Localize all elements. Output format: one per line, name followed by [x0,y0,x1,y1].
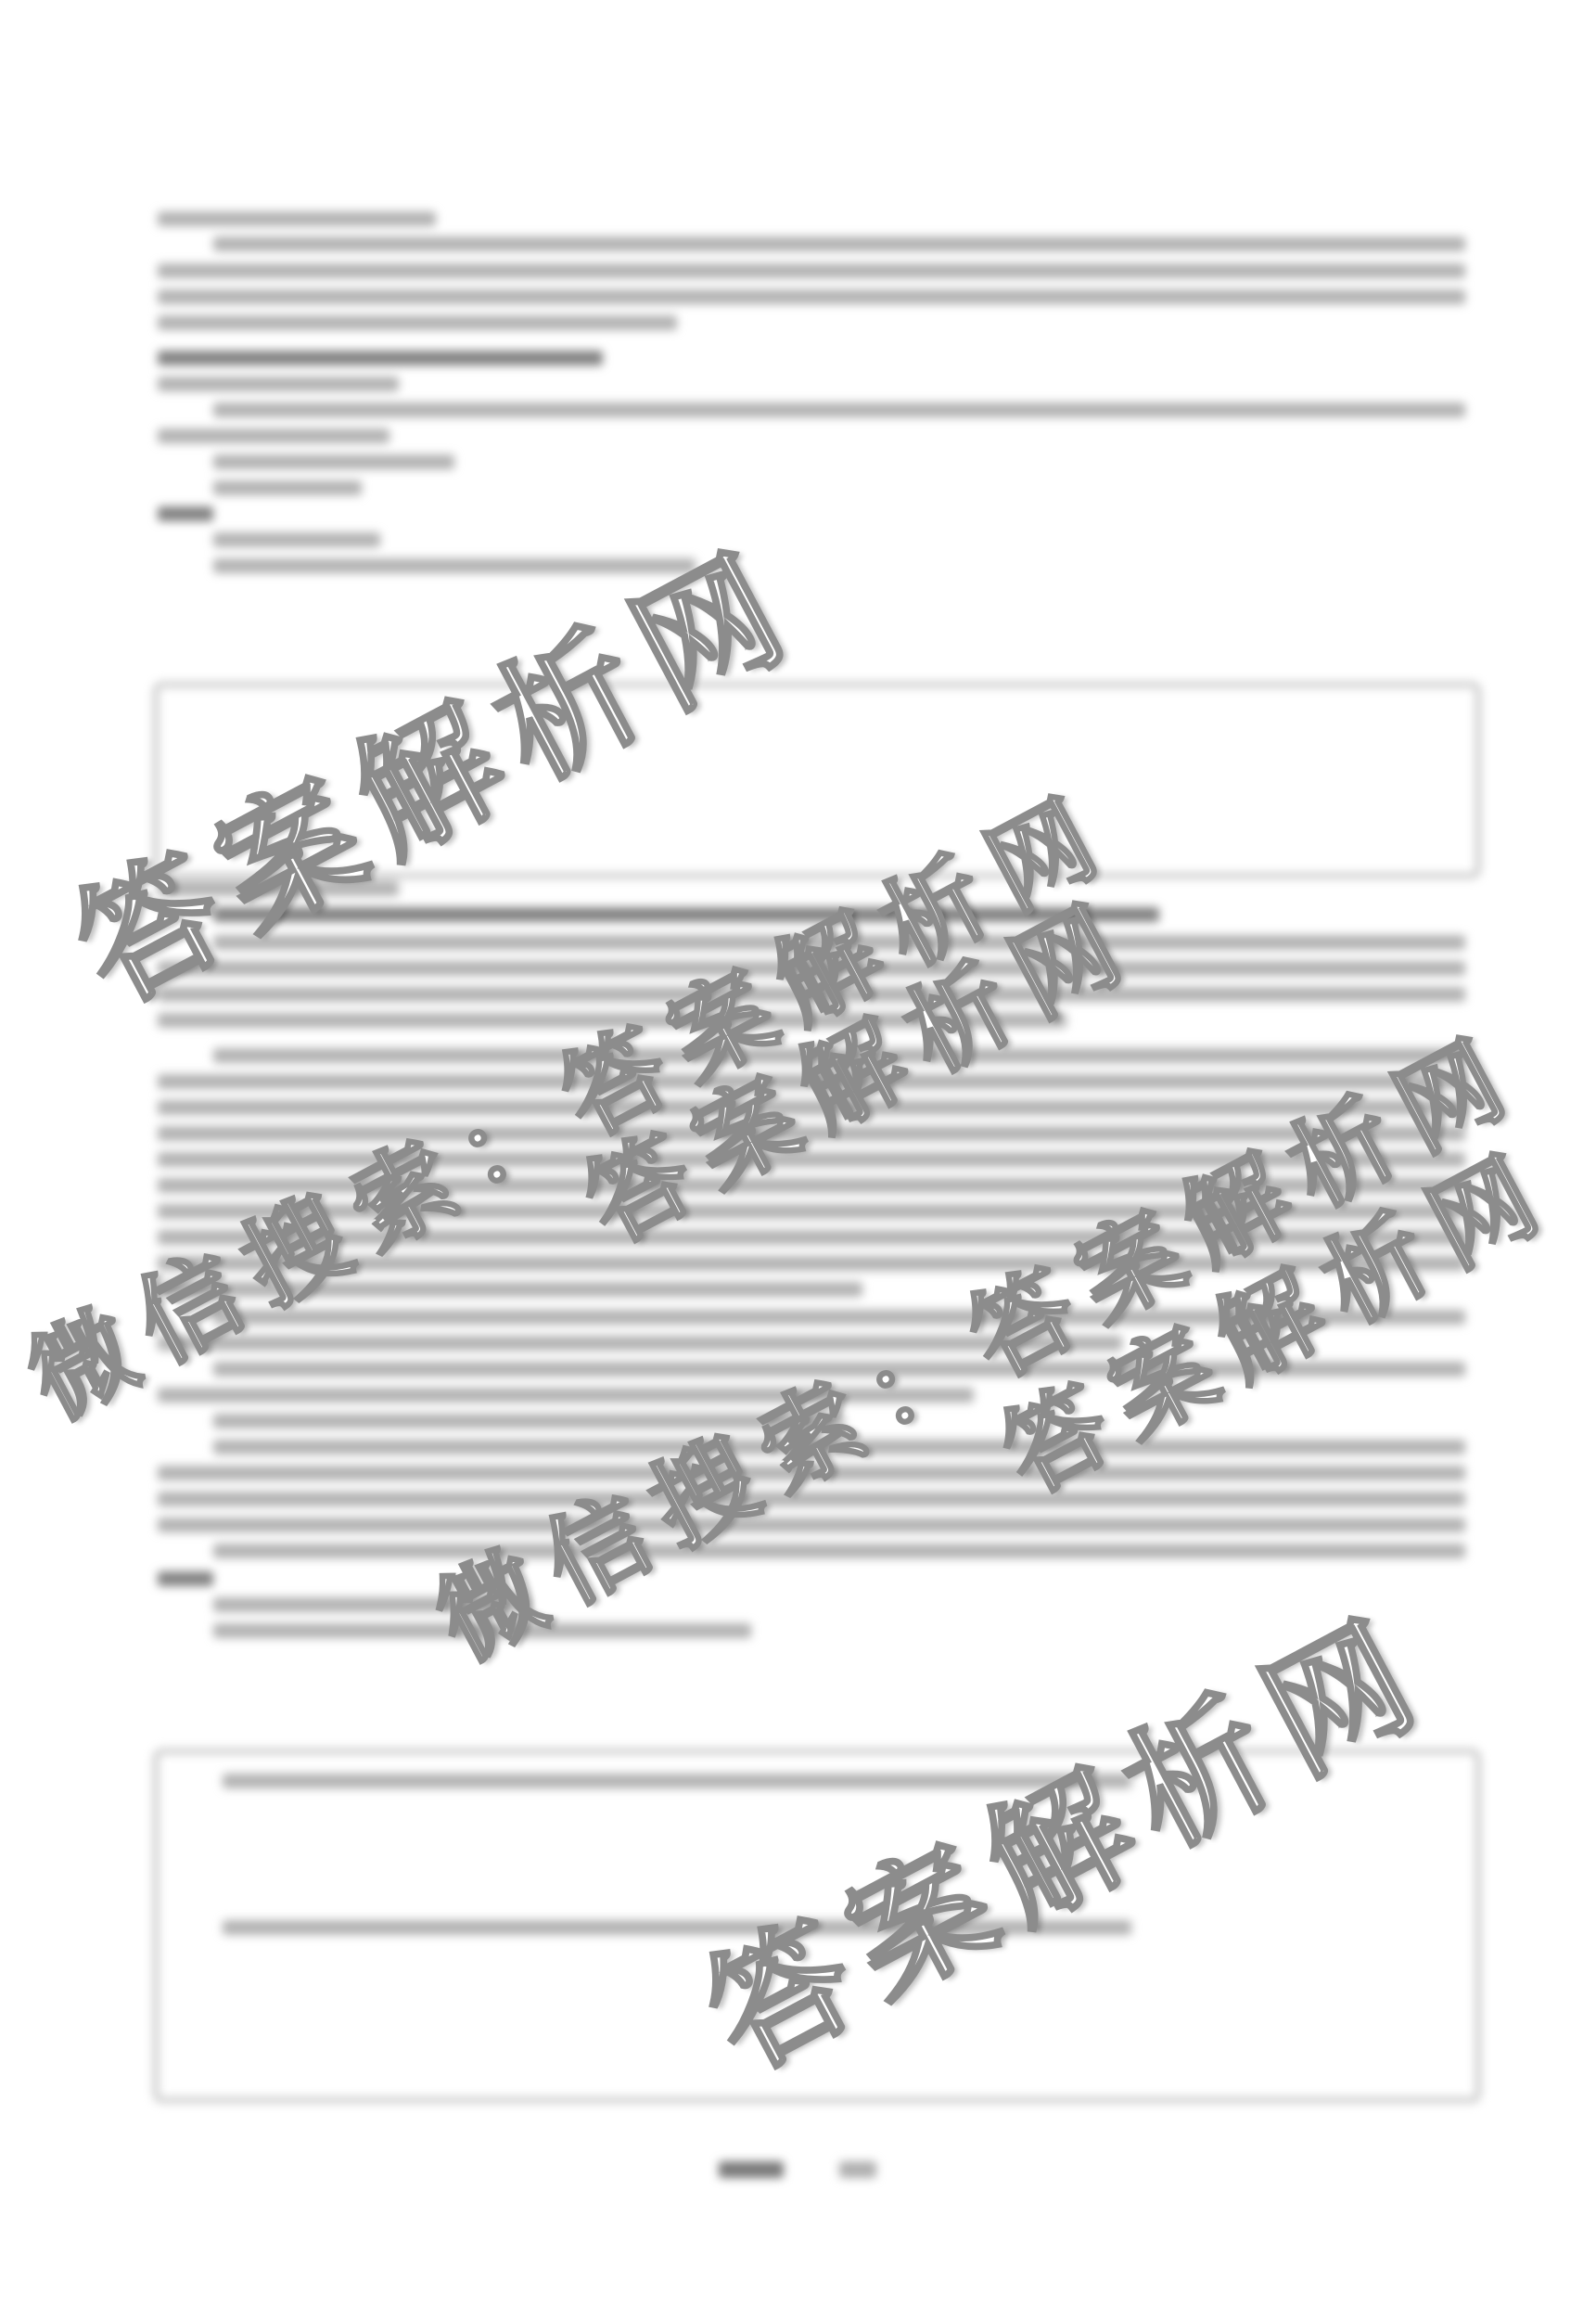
illegible-text-line [158,263,1465,278]
illegible-text-line [158,315,677,330]
illegible-text-line [158,377,399,391]
illegible-text-line [213,403,1465,417]
illegible-text-line [213,237,1465,251]
page-footer [719,2161,784,2178]
illegible-text-line [213,1544,1465,1558]
illegible-text-line [158,351,603,365]
illegible-text-line [158,211,436,226]
illegible-text-line [158,506,213,521]
illegible-text-line [158,429,389,443]
illegible-text-line [213,455,454,469]
illegible-text-line [213,480,362,495]
illegible-text-line [158,1571,213,1586]
illegible-text-line [213,532,380,547]
illegible-text-line [158,1518,1465,1532]
illegible-text-line [158,289,1465,304]
page-number [839,2161,876,2178]
